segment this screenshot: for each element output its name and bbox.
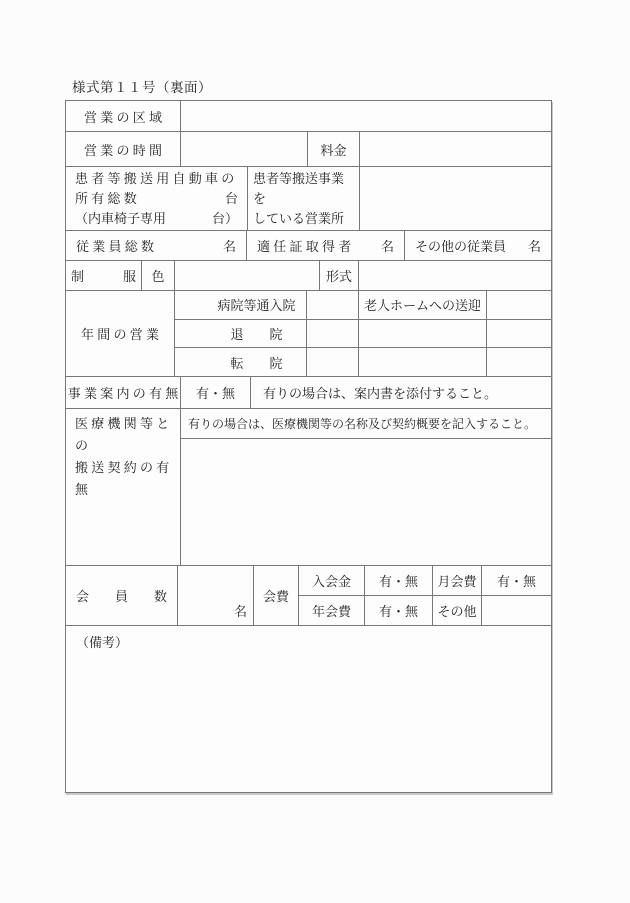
- uniform-color-value: [175, 261, 320, 290]
- offices-label: 患者等搬送事業を している営業所等 の名称・所在地: [248, 167, 360, 230]
- monthly-fee-choice: 有・無: [482, 566, 551, 595]
- staff-total-unit: 名: [223, 236, 246, 255]
- business-hours-value: [181, 132, 308, 166]
- contract-note: 有りの場合は、医療機関等の名称及び契約概要を記入すること。: [181, 409, 551, 438]
- document-page: 様式第１１号（裏面） 営 業 の 区 域 営 業 の 時 間 料金 患 者 等 …: [0, 0, 630, 903]
- members-count-cell: 名: [178, 566, 254, 625]
- row-vehicles: 患 者 等 搬 送 用 自 動 車 の 所 有 総 数 台 （内車椅子専用 台）…: [66, 167, 551, 231]
- brochure-note: 有りの場合は、案内書を添付すること。: [251, 377, 551, 408]
- form-table: 営 業 の 区 域 営 業 の 時 間 料金 患 者 等 搬 送 用 自 動 車…: [65, 100, 552, 793]
- brochure-choice: 有・無: [181, 377, 251, 408]
- members-fee-subrow-2: 年会費 有・無 その他: [299, 596, 551, 625]
- staff-certified-unit: 名: [381, 236, 404, 255]
- entry-fee-choice: 有・無: [365, 566, 433, 595]
- contract-value: [181, 439, 551, 565]
- row-staff: 従 業 員 総 数 名 適 任 証 取 得 者 名 その他の従業員 名: [66, 231, 551, 261]
- annual-subrow-2: 退 院: [175, 320, 551, 349]
- entry-fee-label: 入会金: [299, 566, 365, 595]
- annual-subrow-1: 病院等通入院 老人ホームへの送迎: [175, 291, 551, 320]
- row-remarks: （備考）: [66, 626, 551, 792]
- annual-subrow-3: 転 院: [175, 348, 551, 376]
- staff-total-cell: 従 業 員 総 数 名: [66, 231, 247, 260]
- brochure-label: 事 業 案 内 の 有 無: [66, 377, 181, 408]
- offices-label-line1: 患者等搬送事業を: [253, 169, 354, 209]
- annual-hospital-visit-label: 病院等通入院: [175, 291, 307, 319]
- row-medical-contract: 医 療 機 関 等 と の 搬 送 契 約 の 有 無 有りの場合は、医療機関等…: [66, 409, 551, 566]
- offices-value: [360, 167, 551, 230]
- uniform-label: 制 服: [66, 261, 142, 290]
- other-fee-label: その他: [433, 596, 482, 625]
- uniform-style-value: [359, 261, 551, 290]
- contract-note-row: 有りの場合は、医療機関等の名称及び契約概要を記入すること。: [181, 409, 551, 439]
- annual-subrow-2-cell-4: [487, 320, 551, 348]
- other-fee-value: [482, 596, 551, 625]
- vehicles-wheelchair-unit: 台）: [212, 209, 238, 229]
- annual-subrow-3-cell-4: [487, 348, 551, 376]
- annual-discharge-label: 退 院: [175, 320, 307, 348]
- annual-hospital-visit-value: [307, 291, 359, 319]
- staff-other-cell: その他の従業員 名: [405, 231, 551, 260]
- offices-label-line2: している営業所等: [253, 209, 354, 230]
- business-area-value: [181, 101, 551, 131]
- contract-label-line1: 医 療 機 関 等 と の: [75, 413, 171, 457]
- row-uniform: 制 服 色 形式: [66, 261, 551, 291]
- members-count-unit: 名: [234, 601, 247, 620]
- monthly-fee-label: 月会費: [433, 566, 482, 595]
- annual-subrow-2-cell-3: [359, 320, 487, 348]
- annual-nursing-home-label: 老人ホームへの送迎: [359, 291, 487, 319]
- annual-subrow-3-cell-3: [359, 348, 487, 376]
- annual-discharge-value: [307, 320, 359, 348]
- row-members: 会 員 数 名 会費 入会金 有・無 月会費 有・無 年会費 有・無 その他: [66, 566, 551, 626]
- vehicles-owned-label: 患 者 等 搬 送 用 自 動 車 の 所 有 総 数 台 （内車椅子専用 台）: [66, 167, 248, 230]
- members-fee-subrow-1: 入会金 有・無 月会費 有・無: [299, 566, 551, 596]
- annual-fee-label: 年会費: [299, 596, 365, 625]
- annual-transfer-label: 転 院: [175, 348, 307, 376]
- annual-operations-label: 年 間 の 営 業: [66, 291, 175, 376]
- row-business-hours: 営 業 の 時 間 料金: [66, 132, 551, 167]
- annual-fee-choice: 有・無: [365, 596, 433, 625]
- business-area-label: 営 業 の 区 域: [66, 101, 181, 131]
- staff-other-label: その他の従業員: [405, 236, 506, 255]
- fee-value: [360, 132, 551, 166]
- vehicles-owned-line1: 患 者 等 搬 送 用 自 動 車 の: [75, 169, 234, 189]
- row-business-area: 営 業 の 区 域: [66, 101, 551, 132]
- fee-label: 料金: [308, 132, 360, 166]
- staff-certified-label: 適 任 証 取 得 者: [247, 236, 351, 255]
- vehicles-owned-line2-unit: 台: [225, 189, 238, 209]
- row-brochure: 事 業 案 内 の 有 無 有・無 有りの場合は、案内書を添付すること。: [66, 377, 551, 409]
- vehicles-owned-line2-label: 所 有 総 数: [75, 189, 137, 209]
- uniform-color-label: 色: [142, 261, 175, 290]
- row-annual-operations: 年 間 の 営 業 病院等通入院 老人ホームへの送迎 退 院 転 院: [66, 291, 551, 377]
- annual-nursing-home-value: [487, 291, 551, 319]
- members-fee-label: 会費: [254, 566, 299, 625]
- contract-value-row: [181, 439, 551, 565]
- form-number-title: 様式第１１号（裏面）: [72, 76, 212, 96]
- business-hours-label: 営 業 の 時 間: [66, 132, 181, 166]
- annual-transfer-value: [307, 348, 359, 376]
- vehicles-wheelchair-label: （内車椅子専用: [75, 209, 166, 229]
- staff-other-unit: 名: [528, 236, 551, 255]
- staff-total-label: 従 業 員 総 数: [66, 236, 154, 255]
- staff-certified-cell: 適 任 証 取 得 者 名: [247, 231, 405, 260]
- contract-label: 医 療 機 関 等 と の 搬 送 契 約 の 有 無: [66, 409, 181, 565]
- contract-label-line2: 搬 送 契 約 の 有 無: [75, 457, 171, 501]
- remarks-label: （備考）: [66, 626, 551, 792]
- uniform-style-label: 形式: [320, 261, 359, 290]
- members-label: 会 員 数: [66, 566, 178, 625]
